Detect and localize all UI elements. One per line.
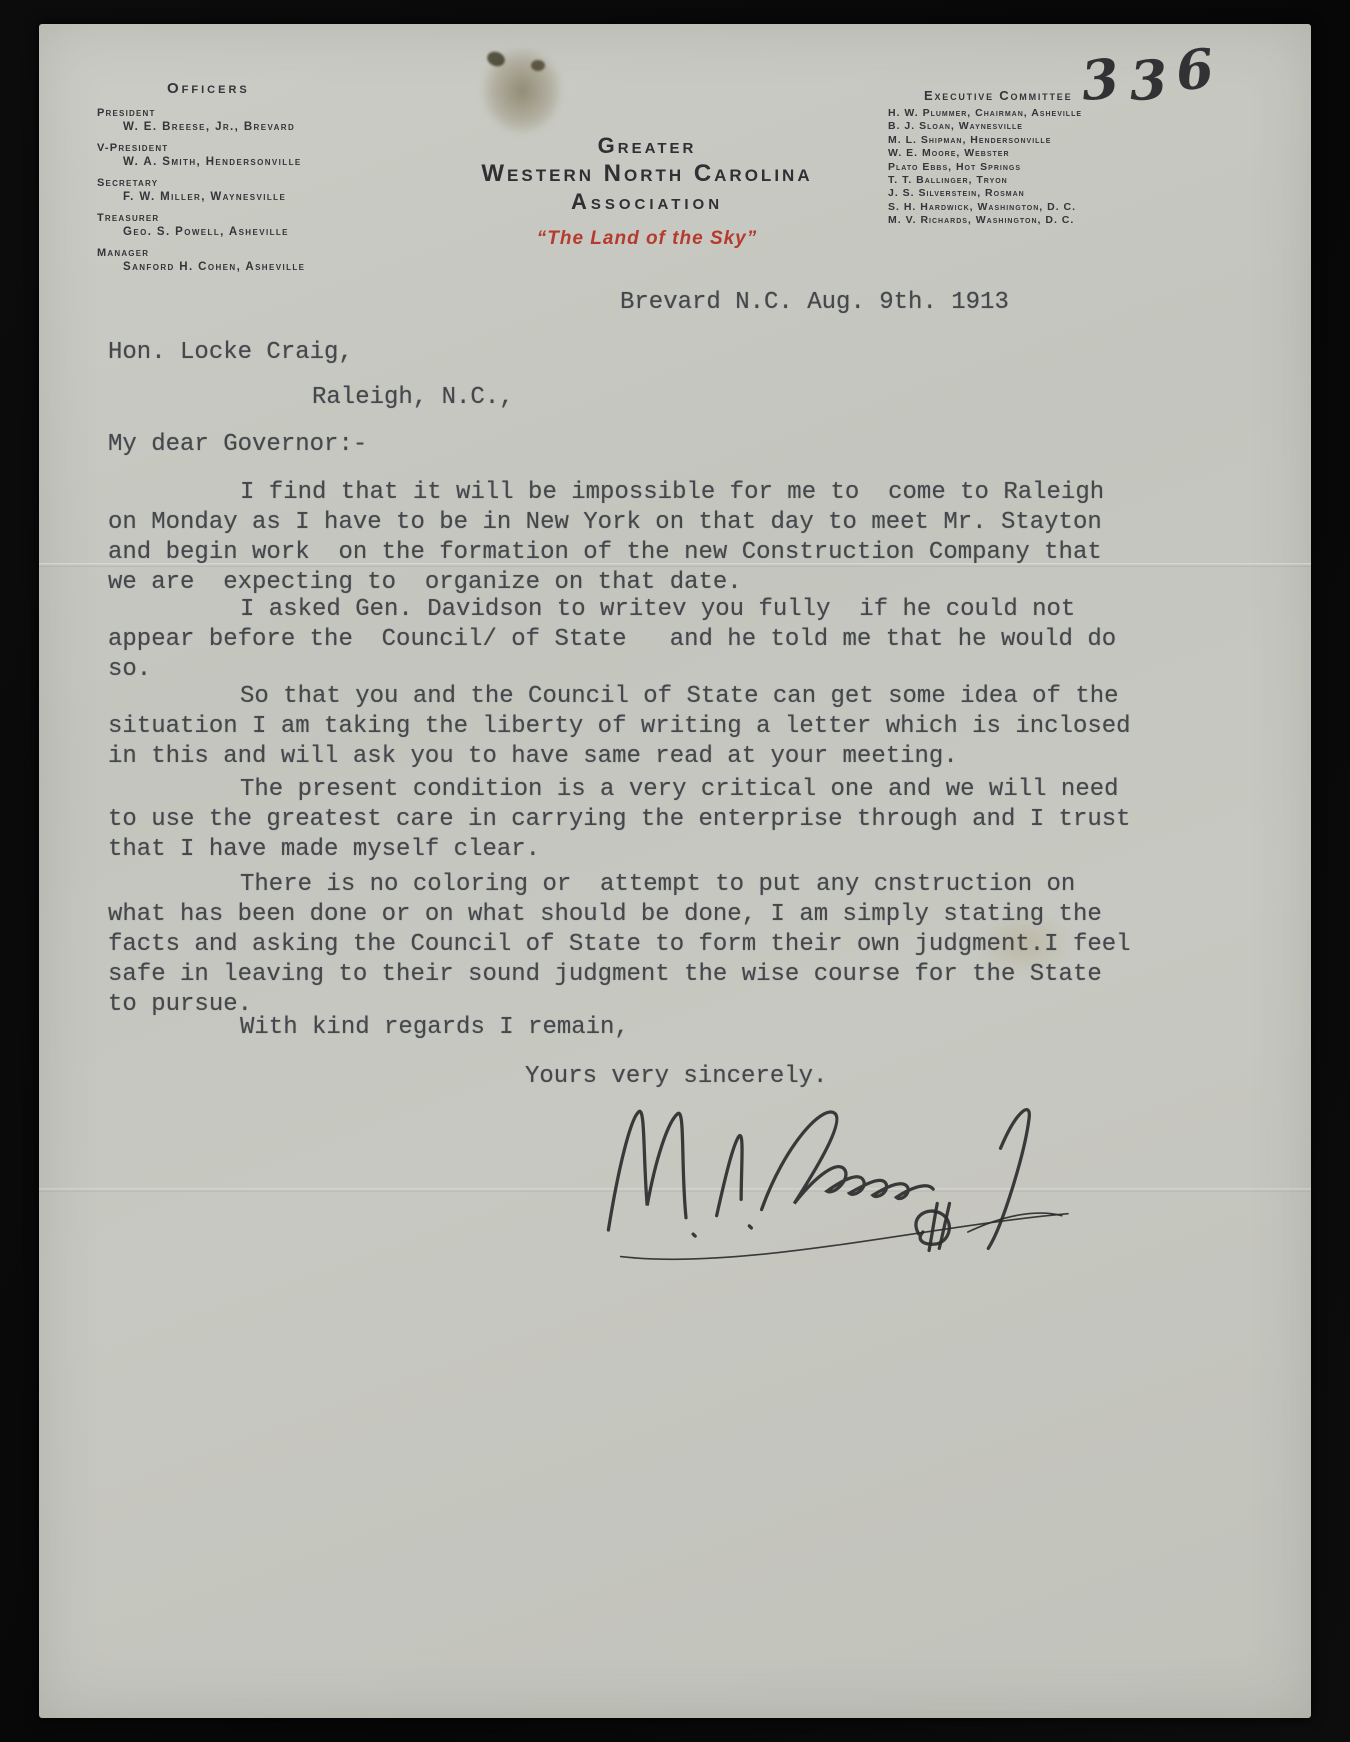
salutation: My dear Governor:- bbox=[108, 430, 367, 460]
letter-line: I asked Gen. Davidson to writev you full… bbox=[108, 595, 1116, 625]
letter-line: what has been done or on what should be … bbox=[108, 900, 1131, 930]
paragraph: So that you and the Council of State can… bbox=[108, 682, 1131, 772]
letter-line: appear before the Council/ of State and … bbox=[108, 625, 1116, 655]
letter-page: Officers President W. E. Breese, Jr., Br… bbox=[39, 24, 1311, 1718]
letter-line: There is no coloring or attempt to put a… bbox=[108, 870, 1131, 900]
paragraph: The present condition is a very critical… bbox=[108, 775, 1131, 865]
scanned-letter-background: Officers President W. E. Breese, Jr., Br… bbox=[0, 0, 1350, 1742]
letter-body: Brevard N.C. Aug. 9th. 1913 Hon. Locke C… bbox=[108, 24, 1268, 1718]
recipient-name: Hon. Locke Craig, bbox=[108, 338, 353, 368]
letter-line: that I have made myself clear. bbox=[108, 835, 1131, 865]
recipient-city: Raleigh, N.C., bbox=[312, 383, 514, 413]
dateline: Brevard N.C. Aug. 9th. 1913 bbox=[620, 288, 1009, 318]
paragraph: I find that it will be impossible for me… bbox=[108, 478, 1104, 598]
letter-line: facts and asking the Council of State to… bbox=[108, 930, 1131, 960]
letter-line: and begin work on the formation of the n… bbox=[108, 538, 1104, 568]
paragraph: There is no coloring or attempt to put a… bbox=[108, 870, 1131, 1020]
signature-handwriting bbox=[590, 1092, 1070, 1272]
letter-line: safe in leaving to their sound judgment … bbox=[108, 960, 1131, 990]
letter-line: in this and will ask you to have same re… bbox=[108, 742, 1131, 772]
paragraph: I asked Gen. Davidson to writev you full… bbox=[108, 595, 1116, 685]
letter-line: so. bbox=[108, 655, 1116, 685]
letter-line: The present condition is a very critical… bbox=[108, 775, 1131, 805]
closing-line: With kind regards I remain, bbox=[240, 1013, 629, 1043]
letter-line: So that you and the Council of State can… bbox=[108, 682, 1131, 712]
letter-line: situation I am taking the liberty of wri… bbox=[108, 712, 1131, 742]
signoff-line: Yours very sincerely. bbox=[525, 1062, 827, 1092]
letter-line: to use the greatest care in carrying the… bbox=[108, 805, 1131, 835]
letter-line: we are expecting to organize on that dat… bbox=[108, 568, 1104, 598]
letter-line: on Monday as I have to be in New York on… bbox=[108, 508, 1104, 538]
letter-line: I find that it will be impossible for me… bbox=[108, 478, 1104, 508]
